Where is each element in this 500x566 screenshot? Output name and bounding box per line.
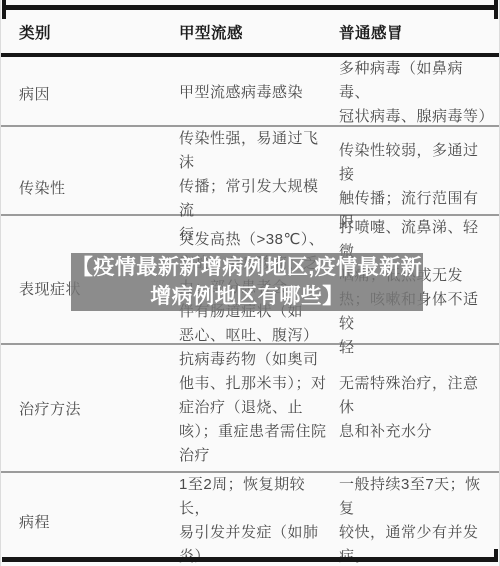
cold-cell: 无需特殊治疗，注意休 息和补充水分 bbox=[339, 372, 499, 444]
table-row: 病程 1至2周；恢复期较长， 易引发并发症（如肺 炎） 一般持续3至7天；恢复 … bbox=[1, 473, 499, 557]
watermark-title: 【疫情最新新增病例地区,疫情最新新 增病例地区有哪些】 bbox=[72, 253, 422, 311]
row-label: 病因 bbox=[1, 83, 179, 104]
cold-cell: 一般持续3至7天；恢复 较快，通常少有并发 症。 bbox=[339, 473, 499, 566]
row-label: 传染性 bbox=[1, 177, 179, 198]
table-header-row: 类别 甲型流感 普通感冒 bbox=[1, 10, 499, 53]
flu-cell: 甲型流感病毒感染 bbox=[179, 81, 339, 105]
table-row: 治疗方法 抗病毒药物（如奥司 他韦、扎那米韦）；对 症治疗（退烧、止 咳）；重症… bbox=[1, 345, 499, 473]
cold-cell: 多种病毒（如鼻病毒、 冠状病毒、腺病毒等） bbox=[339, 57, 499, 129]
flu-cell: 1至2周；恢复期较长， 易引发并发症（如肺 炎） bbox=[179, 473, 339, 566]
row-label: 治疗方法 bbox=[1, 398, 179, 419]
watermark-overlay: 【疫情最新新增病例地区,疫情最新新 增病例地区有哪些】 bbox=[71, 253, 423, 311]
flu-vs-cold-comparison-table: 类别 甲型流感 普通感冒 病因 甲型流感病毒感染 多种病毒（如鼻病毒、 冠状病毒… bbox=[0, 0, 500, 566]
table-row: 传染性 传染性强，易通过飞沫 传播；常引发大规模流 行 传染性较弱，多通过接 触… bbox=[1, 127, 499, 216]
flu-cell: 抗病毒药物（如奥司 他韦、扎那米韦）；对 症治疗（退烧、止 咳）；重症患者需住院… bbox=[179, 348, 339, 468]
header-common-cold: 普通感冒 bbox=[339, 21, 499, 43]
header-influenza-a: 甲型流感 bbox=[179, 21, 339, 43]
table-row: 病因 甲型流感病毒感染 多种病毒（如鼻病毒、 冠状病毒、腺病毒等） bbox=[1, 57, 499, 127]
header-category: 类别 bbox=[1, 21, 179, 43]
bottom-right-border-cap bbox=[494, 549, 498, 562]
row-label: 病程 bbox=[1, 511, 179, 532]
bottom-rule bbox=[2, 557, 498, 562]
